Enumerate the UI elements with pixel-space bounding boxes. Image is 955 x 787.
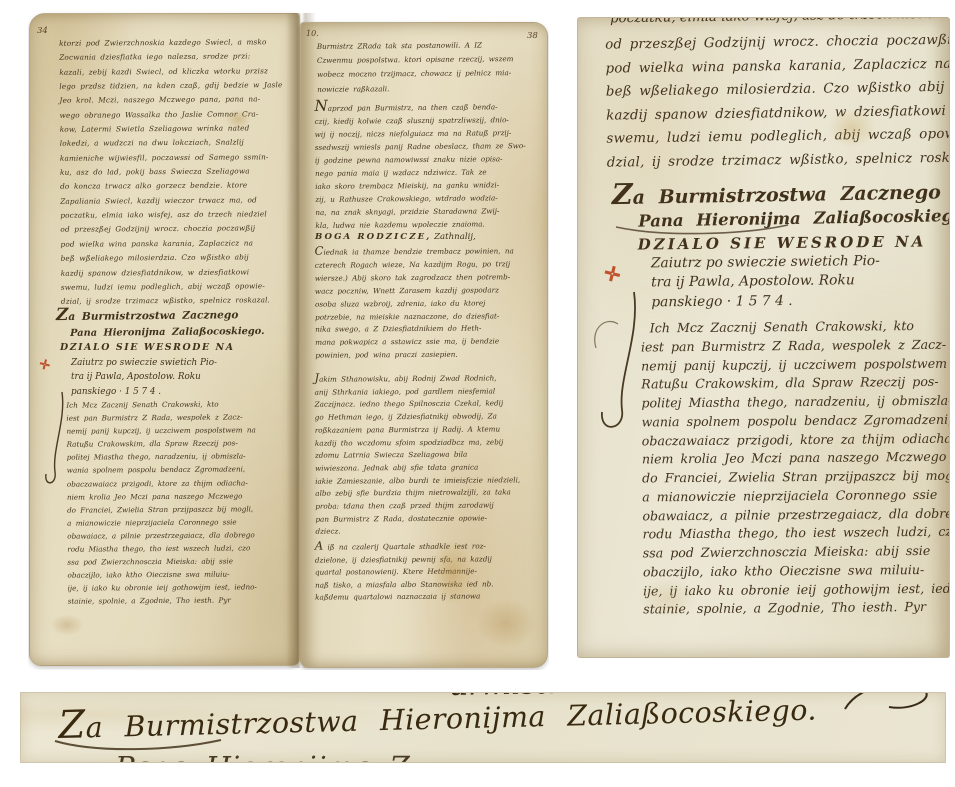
text-line: tra ij Pawla, Apostolow. Roku [71,370,235,385]
text-line: DZIALO SIE WESRODE NA [60,341,235,356]
text-line: do Franciei, Zwielia Stran przijpaszcz b… [67,502,256,516]
text-line: Ciednak ia thamze bendzie trembacz powin… [315,245,514,259]
text-line: go Hethman iego, ij Zdziesfiatnikij obwo… [315,410,520,424]
text-line: na, na znak sknyagi, przidzie Staradawna… [315,204,526,219]
detail-senate-paragraph: Ich Mcz Zacznij Senath Crakowski, ktoies… [641,317,950,620]
text-line: poczatku, elmia iako wisfej, asz do trze… [60,207,283,223]
text-line: Zocwania dziesfiatka iego nalezsa, srodz… [59,50,282,66]
text-line: Zapaliania Swiecl, kazdij wieczor trwacz… [60,193,283,209]
text-line: proba: tdana then czaß przed thijm zarod… [315,499,520,513]
left-page-dateline: DZIALO SIE WESRODE NAZaiutrz po swieczie… [60,341,235,399]
folio-number-left: 34 [37,26,48,36]
text-line: kazali, zebij kazdi Swiecl, od kliczka w… [59,64,282,80]
text-line: dzial, ij srodze trzimacz wßistko, speln… [607,146,950,175]
text-line: Ratußu Crakowskim, dla Spraw Rzeczij pos… [67,437,256,451]
text-line: DZIALO SIE WESRODE NA [638,232,927,254]
text-line: mana pokwapicz a sstawicz ssie ma, ij be… [315,336,514,350]
text-line: Pana Hieronijma Zaliaßocoskiego. [70,323,265,341]
text-line: iest pan Burmistrz Z Rada, wespolek z Za… [66,410,255,424]
text-line: Ich Mcz Zacznij Senath Crakowski, kto [650,317,950,339]
text-line: kazdij tho wczdomu sfoim spodziadbcz ma,… [315,436,520,450]
boga-rodzicze-heading: BOGA RODZICZE, Zathnalij, [315,232,476,242]
text-line: potrzebie, na mieiskie naznaczone, do dz… [315,310,514,324]
text-line: nowiczie raßkazali. [317,81,514,97]
initial-flourish-icon [588,288,640,438]
left-page-senate-paragraph: Ich Mcz Zacznij Senath Crakowski, ktoies… [66,397,257,608]
text-line: pod wielka wina panska karania, Zaplaczi… [60,236,283,252]
manuscript-page-right: 10. 38 Burmistrz ZRada tak sta postanowi… [300,22,548,668]
text-line: Pana Hieronijma Zaliaßocoskiego. [638,204,950,233]
text-line: swemu, ludzi iemu podleglich, abij wczaß… [61,279,284,295]
text-line: naß tisko, a miasfala albo Stanowiska ie… [315,578,494,592]
manuscript-figure: 34 ktorzi pod Zwierzchnoskia kazdego Swi… [0,0,955,787]
manuscript-spread-photo: 34 ktorzi pod Zwierzchnoskia kazdego Swi… [28,10,549,670]
text-line: lego przdsz tidzien, na kden czaß, gdij … [59,78,282,94]
text-line: quartal postanowienij. Ktere Hetdmannije… [315,566,494,580]
text-line: kow, Latermi Swietla Szeliagowa wrinka n… [60,121,283,137]
detail-partial-top-line: poczatku, elmia iako wisfej, asz do trze… [610,17,949,26]
text-line: dziecz. [315,525,520,539]
text-line: kla, ludwa nie kazdemu wpoleczie znaioma… [315,217,526,232]
stations-article-paragraph: Jakim Sthanowisku, abij Rodnij Zwad Rodn… [314,372,520,539]
text-line: wacz poczniw, Wnett Zarasem kazdij gospo… [315,284,514,298]
text-line: kamieniche wijwiesfil, poczawssi od Same… [60,150,283,166]
text-line: panskiego · 1 5 7 4 . [651,290,927,312]
loop-flourish-icon [841,692,931,713]
text-line: poczatku, elmia iako wisfej, asz do trze… [610,17,949,26]
detail-mayoralty-heading: Za Burmistrzostwa ZacznegoPana Hieronijm… [612,177,950,233]
text-line: obaczawaiacz przigodi, ktore za thijm od… [67,476,256,490]
text-line: stainie, spolnie, a Zgodnie, Tho iesth. … [68,594,257,608]
red-cross-mark-icon: ✛ [37,357,51,374]
page-stain [476,598,536,648]
text-line: ktorzi pod Zwierzchnoskia kazdego Swiecl… [59,35,282,51]
text-line: niem krolia Jeo Mczi pana naszego Mczweg… [67,489,256,503]
manuscript-strip-photo: urmistr Za Burmistrzostwa Hieronijma Zal… [20,692,946,763]
text-line: czterech Rogach wieze, Na kazdijm Rogu, … [315,258,514,272]
text-line: politej Miastha thego, naradzeniu, ij ob… [641,392,950,414]
trumpeter-article-paragraph: Ciednak ia thamze bendzie trembacz powin… [315,245,515,363]
text-line: ku, asz do lad, pokij bass Swiecza Szeli… [60,164,283,180]
text-line: wania spolnem pospolu bendacz Zgromadzen… [67,463,256,477]
text-line: ssa pod Zwierzchnosczia Mieiska: abij ss… [67,554,256,568]
text-line: do Franciei, Zwielia Stran przijpaszcz b… [642,467,950,489]
text-line: obaczijlo, iako ktho Oieczisne swa milui… [643,560,950,582]
text-line: iest pan Burmistrz Z Rada, wespolek z Za… [641,335,950,357]
text-line: A iß na czalerij Quartale sthadkle iest … [315,540,494,554]
text-line: stainie, spolnie, a Zgodnie, Tho iesth. … [643,598,950,620]
boga-rodzicze-caps: BOGA RODZICZE, [315,232,431,242]
left-page-mayoralty-heading: Za Burmistrzostwa ZacznegoPana Hieronijm… [56,306,265,341]
text-line: Zaiutrz po swieczie swietich Pio- [71,356,235,371]
text-line: nemij panij kupczij, ij uczciwem pospols… [66,424,255,438]
boga-rodzicze-tail: Zathnalij, [431,232,475,242]
text-line: wobecz moczno trzijmacz, chowacz ij peln… [317,67,514,83]
strip-partial-bottom-line: Pana Hieronijma Z [115,750,410,763]
text-line: kazdij spanow dziesfiatdnikow, w dziesfi… [61,265,284,281]
text-line: a mianowiczie nieprzijaciela Coronnego s… [67,515,256,529]
text-line: roßkazaniem pana Burmistrza ij Radij. A … [315,423,520,437]
detail-excerpt-paragraph: od przeszßej Godzijnij wrocz. choczia po… [605,28,950,174]
text-line: beß wßeliakego milosierdzia. Czo wßistko… [61,250,284,266]
manuscript-detail-photo: poczatku, elmia iako wisfej, asz do trze… [577,17,950,658]
text-line: Jeo krol. Mczi, naszego Mczwego pana, pa… [59,93,282,109]
text-line: wiersze.) Abij skoro tak zagrodzacz then… [315,271,514,285]
text-line: a mianowiczie nieprzijaciela Coronnego s… [642,485,950,507]
text-line: obaczijlo, iako ktho Oieczisne swa milui… [67,568,256,582]
text-line: do koncza trwacz alko gorzecz bendzie. k… [60,179,283,195]
text-line: Jakim Sthanowisku, abij Rodnij Zwad Rodn… [314,372,519,386]
folio-number-right: 38 [527,31,538,41]
text-line: ssa pod Zwierzchnosczia Mieiska: abij ss… [643,542,950,564]
text-line: ij godzine pewna namowiwssi znaku nizie … [315,152,526,167]
page-stain [50,614,84,636]
text-line: kaßdemu quartalowi naznaczaia ij stanowa [315,591,494,605]
text-line: rodu Miastha thego, tho iest wszech ludz… [67,541,256,555]
first-article-paragraph: Naprzod pan Burmistrz, na then czaß bend… [314,98,526,232]
quarters-article-paragraph: A iß na czalerij Quartale sthadkle iest … [315,540,494,604]
manuscript-page-left: 34 ktorzi pod Zwierzchnoskia kazdego Swi… [29,13,300,666]
text-line: obawaiacz, a pilnie przestrzegaiacz, dla… [67,528,256,542]
left-page-opening-paragraph: ktorzi pod Zwierzchnoskia kazdego Swiecl… [59,35,284,309]
text-line: dzielone, ij dziesfiatnikij pewnij sfa, … [315,553,494,567]
text-line: osoba sluza wzbroij, zdrenia, iako du kt… [315,297,514,311]
text-line: Za Burmistrzostwa Zacznego [56,306,265,326]
corner-number-right-page: 10. [306,29,319,38]
text-line: politej Miastha thego, naradzeniu, ij ob… [67,450,256,464]
ordinance-intro-paragraph: Burmistrz ZRada tak sta postanowili. A I… [317,38,514,97]
text-line: Ich Mcz Zacznij Senath Crakowski, kto [66,397,255,411]
text-line: wego obranego Wassalka tho Jaslie Comnor… [60,107,283,123]
text-line: powinien, pod wina praczi zasiepien. [315,349,514,363]
text-line: lokedzi, a wudzczi na dwu lokcziach, Sna… [60,136,283,152]
red-cross-mark-icon: ✛ [601,260,623,287]
text-line: wania spolnem pospolu bendacz Zgromadzen… [642,410,950,432]
strip-main-heading: Za Burmistrzostwa Hieronijma Zaliaßocosk… [58,692,817,748]
text-line: od przeszßej Godzijnij wrocz. choczia po… [60,222,283,238]
detail-dateline: DZIALO SIE WESRODE NAZaiutrz po swieczie… [638,232,927,312]
initial-flourish-icon [40,390,66,490]
text-line: ije, ij iako ku obronie ieij gothowijm i… [68,581,257,595]
